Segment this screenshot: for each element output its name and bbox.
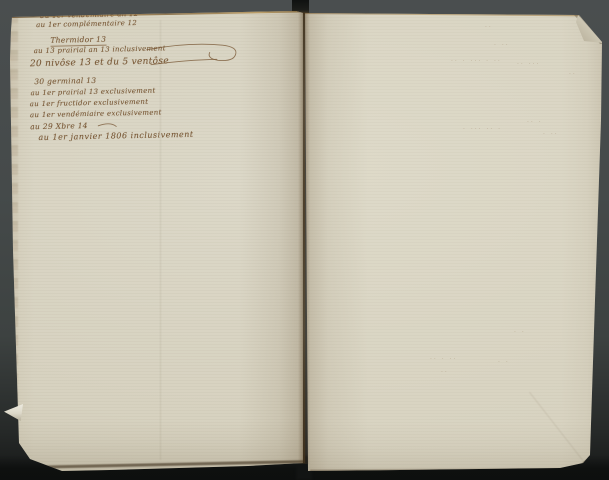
handwritten-line: 30 germinal 13 <box>34 76 96 86</box>
handwritten-line: au 1er complémentaire 12 <box>36 19 137 29</box>
bleed-through-mark: ·· · ··· · ·· <box>451 58 502 65</box>
bleed-through-mark: · ·· <box>494 42 510 49</box>
handwritten-line: au 1er prairial 13 exclusivement <box>30 87 155 98</box>
handwritten-line: au 29 Xbre 14 <box>30 121 88 131</box>
bleed-through-mark: ·· ··· <box>517 61 540 68</box>
right-page-crease <box>529 392 591 471</box>
bleed-through-mark: · ·· · <box>486 11 509 18</box>
bleed-through-mark: ·· · <box>527 119 543 126</box>
right-page-top-edge <box>305 12 581 16</box>
handwritten-line: au 13 prairial an 13 inclusivement <box>34 44 166 55</box>
bleed-through-mark: · ··· ·· · <box>463 126 502 133</box>
bleed-through-mark: ·· <box>485 24 493 31</box>
bleed-through-mark: ·· <box>441 369 449 376</box>
handwritten-line: au 1er fructidor exclusivement <box>30 98 149 108</box>
bleed-through-mark: · ·· <box>543 131 559 138</box>
handwritten-line: 20 nivôse 13 et du 5 ventôse <box>30 56 169 69</box>
folded-corner <box>576 14 604 44</box>
bleed-through-mark: ·· · ·· <box>430 356 457 363</box>
bleed-through-mark: · · <box>498 359 510 366</box>
book-gutter-line <box>303 13 305 463</box>
bleed-through-mark: · · <box>514 329 526 336</box>
handwritten-line: au 1er vendémiaire exclusivement <box>30 108 162 119</box>
manuscript-scan: du 1er vendémiaire an 12 au 1er compléme… <box>0 0 609 480</box>
bleed-through-mark: ·· <box>569 71 577 78</box>
protruding-page-tab <box>4 404 23 421</box>
handwritten-line: au 1er janvier 1806 inclusivement <box>38 130 193 142</box>
